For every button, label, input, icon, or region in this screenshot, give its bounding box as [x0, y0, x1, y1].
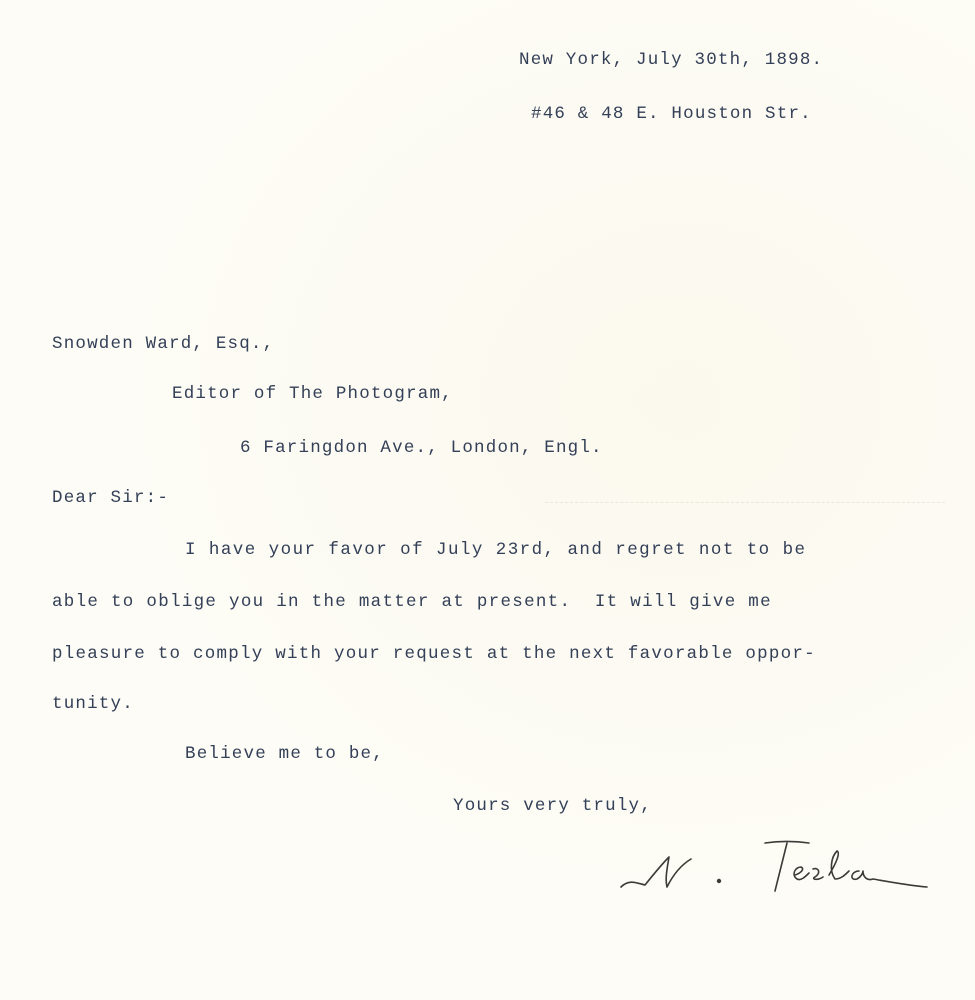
closing-line-2: Yours very truly, — [453, 798, 652, 816]
recipient-title: Editor of The Photogram, — [172, 386, 453, 404]
recipient-address: 6 Faringdon Ave., London, Engl. — [240, 440, 603, 458]
salutation: Dear Sir:- — [52, 490, 169, 508]
closing-line-1: Believe me to be, — [185, 746, 384, 764]
body-line-2: able to oblige you in the matter at pres… — [52, 594, 772, 612]
recipient-name: Snowden Ward, Esq., — [52, 336, 274, 354]
letter-paper: New York, July 30th, 1898. #46 & 48 E. H… — [0, 0, 975, 1000]
paper-crease — [545, 502, 945, 504]
body-line-1: I have your favor of July 23rd, and regr… — [185, 542, 807, 560]
place-date: New York, July 30th, 1898. — [519, 52, 823, 70]
sender-address: #46 & 48 E. Houston Str. — [531, 106, 812, 124]
body-line-3: pleasure to comply with your request at … — [52, 646, 816, 664]
signature-n-tesla — [615, 835, 935, 905]
body-line-4: tunity. — [52, 696, 134, 714]
